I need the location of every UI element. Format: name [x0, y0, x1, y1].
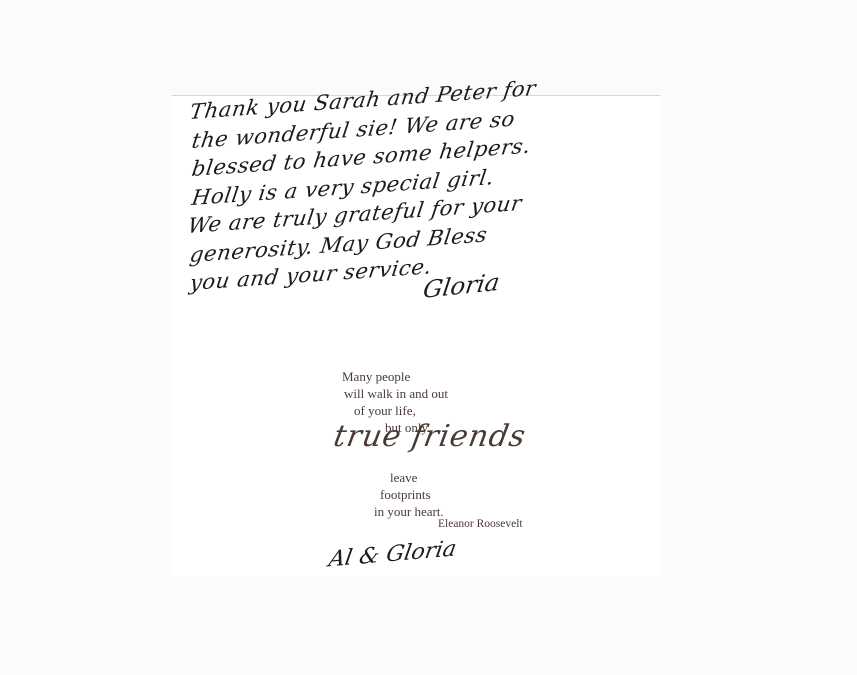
handwritten-note: Thank you Sarah and Peter for the wonder…: [188, 98, 658, 298]
quote-line: will walk in and out: [344, 385, 448, 402]
quote-line: footprints: [380, 486, 431, 503]
quote-line: in your heart.: [374, 503, 444, 520]
page: Thank you Sarah and Peter for the wonder…: [0, 0, 857, 675]
quote-line: leave: [390, 469, 417, 486]
thank-you-card: Thank you Sarah and Peter for the wonder…: [172, 95, 660, 577]
quote-script-line: true friends: [333, 428, 528, 445]
quote-attribution: Eleanor Roosevelt: [438, 516, 523, 533]
quote-line: of your life,: [354, 402, 416, 419]
quote-line: Many people: [342, 368, 410, 385]
stamped-quote: Many people will walk in and out of your…: [322, 366, 542, 526]
closing-signature: Al & Gloria: [327, 537, 458, 573]
